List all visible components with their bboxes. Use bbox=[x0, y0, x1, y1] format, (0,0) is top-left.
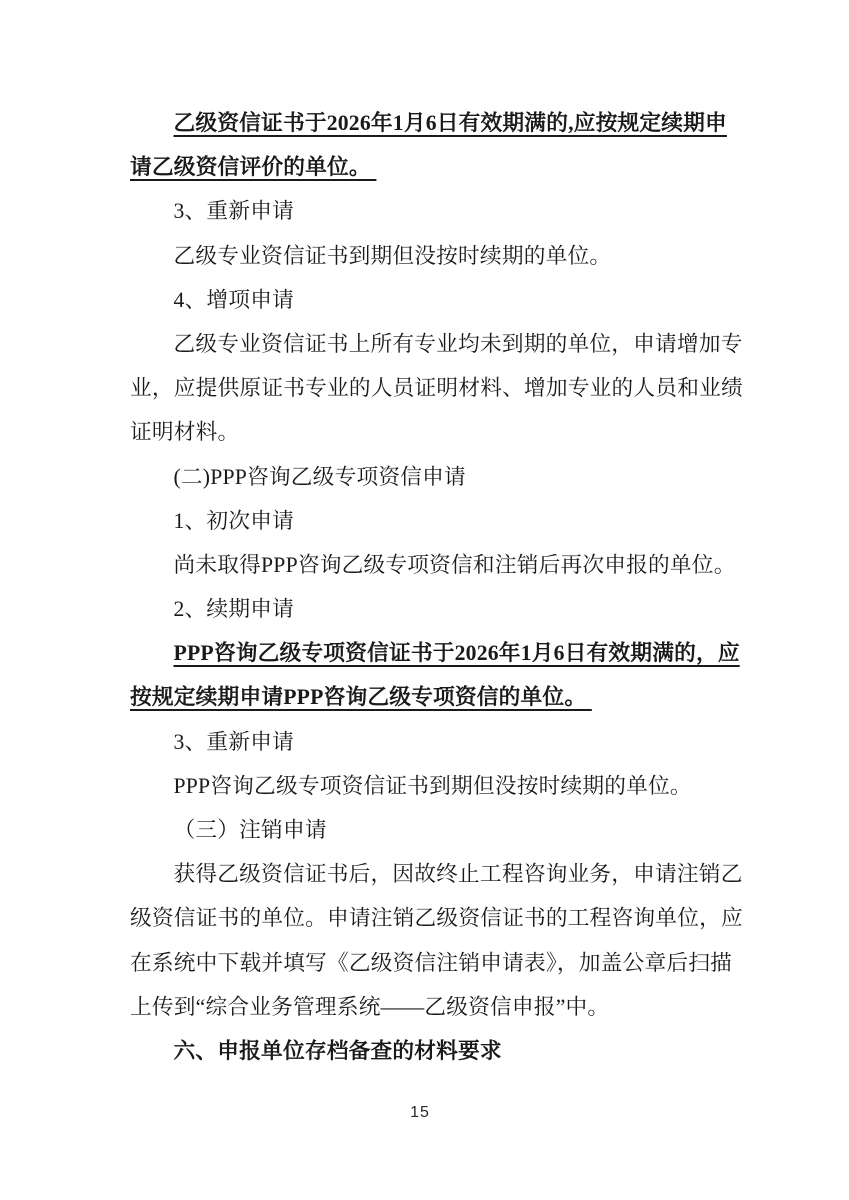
document-content: 乙级资信证书于2026年1月6日有效期满的,应按规定续期申请乙级资信评价的单位。… bbox=[130, 101, 746, 1073]
paragraph: 4、增项申请 bbox=[130, 278, 746, 322]
paragraph: 1、初次申请 bbox=[130, 499, 746, 543]
document-line: PPP咨询乙级专项资信证书于2026年1月6日有效期满的，应 bbox=[130, 631, 746, 675]
document-line: 4、增项申请 bbox=[130, 278, 746, 322]
paragraph: （三）注销申请 bbox=[130, 808, 746, 852]
document-line: 获得乙级资信证书后，因故终止工程咨询业务，申请注销乙 bbox=[130, 852, 746, 896]
paragraph: 3、重新申请 bbox=[130, 720, 746, 764]
paragraph: PPP咨询乙级专项资信证书于2026年1月6日有效期满的，应按规定续期申请PPP… bbox=[130, 631, 746, 719]
document-line: 六、申报单位存档备查的材料要求 bbox=[130, 1029, 746, 1073]
document-line: 乙级专业资信证书上所有专业均未到期的单位，申请增加专 bbox=[130, 322, 746, 366]
document-line: 3、重新申请 bbox=[130, 189, 746, 233]
document-line: PPP咨询乙级专项资信证书到期但没按时续期的单位。 bbox=[130, 764, 746, 808]
paragraph: 乙级专业资信证书上所有专业均未到期的单位，申请增加专业，应提供原证书专业的人员证… bbox=[130, 322, 746, 455]
document-line: 级资信证书的单位。申请注销乙级资信证书的工程咨询单位，应 bbox=[130, 896, 746, 940]
document-line: (二)PPP咨询乙级专项资信申请 bbox=[130, 455, 746, 499]
document-line: 乙级专业资信证书到期但没按时续期的单位。 bbox=[130, 234, 746, 278]
document-line: 上传到“综合业务管理系统——乙级资信申报”中。 bbox=[130, 985, 746, 1029]
paragraph: 乙级专业资信证书到期但没按时续期的单位。 bbox=[130, 234, 746, 278]
paragraph: 2、续期申请 bbox=[130, 587, 746, 631]
document-line: 1、初次申请 bbox=[130, 499, 746, 543]
document-line: 乙级资信证书于2026年1月6日有效期满的,应按规定续期申 bbox=[130, 101, 746, 145]
document-line: 3、重新申请 bbox=[130, 720, 746, 764]
page-number: 15 bbox=[0, 1104, 840, 1122]
document-line: 在系统中下载并填写《乙级资信注销申请表》，加盖公章后扫描 bbox=[130, 941, 746, 985]
document-line: 证明材料。 bbox=[130, 410, 746, 454]
paragraph: 获得乙级资信证书后，因故终止工程咨询业务，申请注销乙级资信证书的单位。申请注销乙… bbox=[130, 852, 746, 1029]
document-line: 尚未取得PPP咨询乙级专项资信和注销后再次申报的单位。 bbox=[130, 543, 746, 587]
paragraph: 乙级资信证书于2026年1月6日有效期满的,应按规定续期申请乙级资信评价的单位。 bbox=[130, 101, 746, 189]
document-line: 请乙级资信评价的单位。 bbox=[130, 145, 746, 189]
paragraph: 3、重新申请 bbox=[130, 189, 746, 233]
document-page: 乙级资信证书于2026年1月6日有效期满的,应按规定续期申请乙级资信评价的单位。… bbox=[0, 0, 849, 1200]
paragraph: 尚未取得PPP咨询乙级专项资信和注销后再次申报的单位。 bbox=[130, 543, 746, 587]
document-line: 业，应提供原证书专业的人员证明材料、增加专业的人员和业绩 bbox=[130, 366, 746, 410]
document-line: （三）注销申请 bbox=[130, 808, 746, 852]
document-line: 按规定续期申请PPP咨询乙级专项资信的单位。 bbox=[130, 675, 746, 719]
paragraph: 六、申报单位存档备查的材料要求 bbox=[130, 1029, 746, 1073]
paragraph: PPP咨询乙级专项资信证书到期但没按时续期的单位。 bbox=[130, 764, 746, 808]
paragraph: (二)PPP咨询乙级专项资信申请 bbox=[130, 455, 746, 499]
document-line: 2、续期申请 bbox=[130, 587, 746, 631]
